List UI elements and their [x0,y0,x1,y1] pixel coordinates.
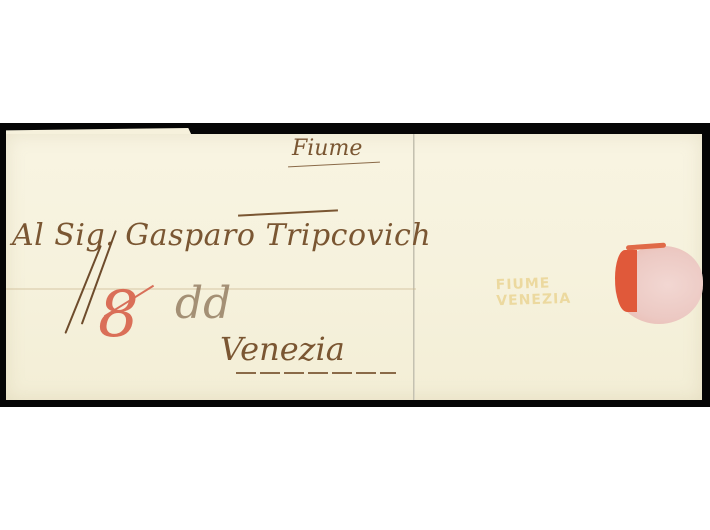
manuscript-notation: dd [175,278,231,329]
origin-manuscript: Fiume [292,136,362,161]
straight-line-postmark: FIUME VENEZIA [495,275,571,310]
wax-seal-red-remnant [615,250,637,312]
city-underline [236,372,396,374]
addressee-line: Al Sig. Gasparo Tripcovich [12,218,431,253]
vertical-fold-crease [413,134,415,400]
postal-cover [6,134,702,400]
postmark-line-2: VENEZIA [496,291,571,310]
destination-city: Venezia [220,330,345,368]
